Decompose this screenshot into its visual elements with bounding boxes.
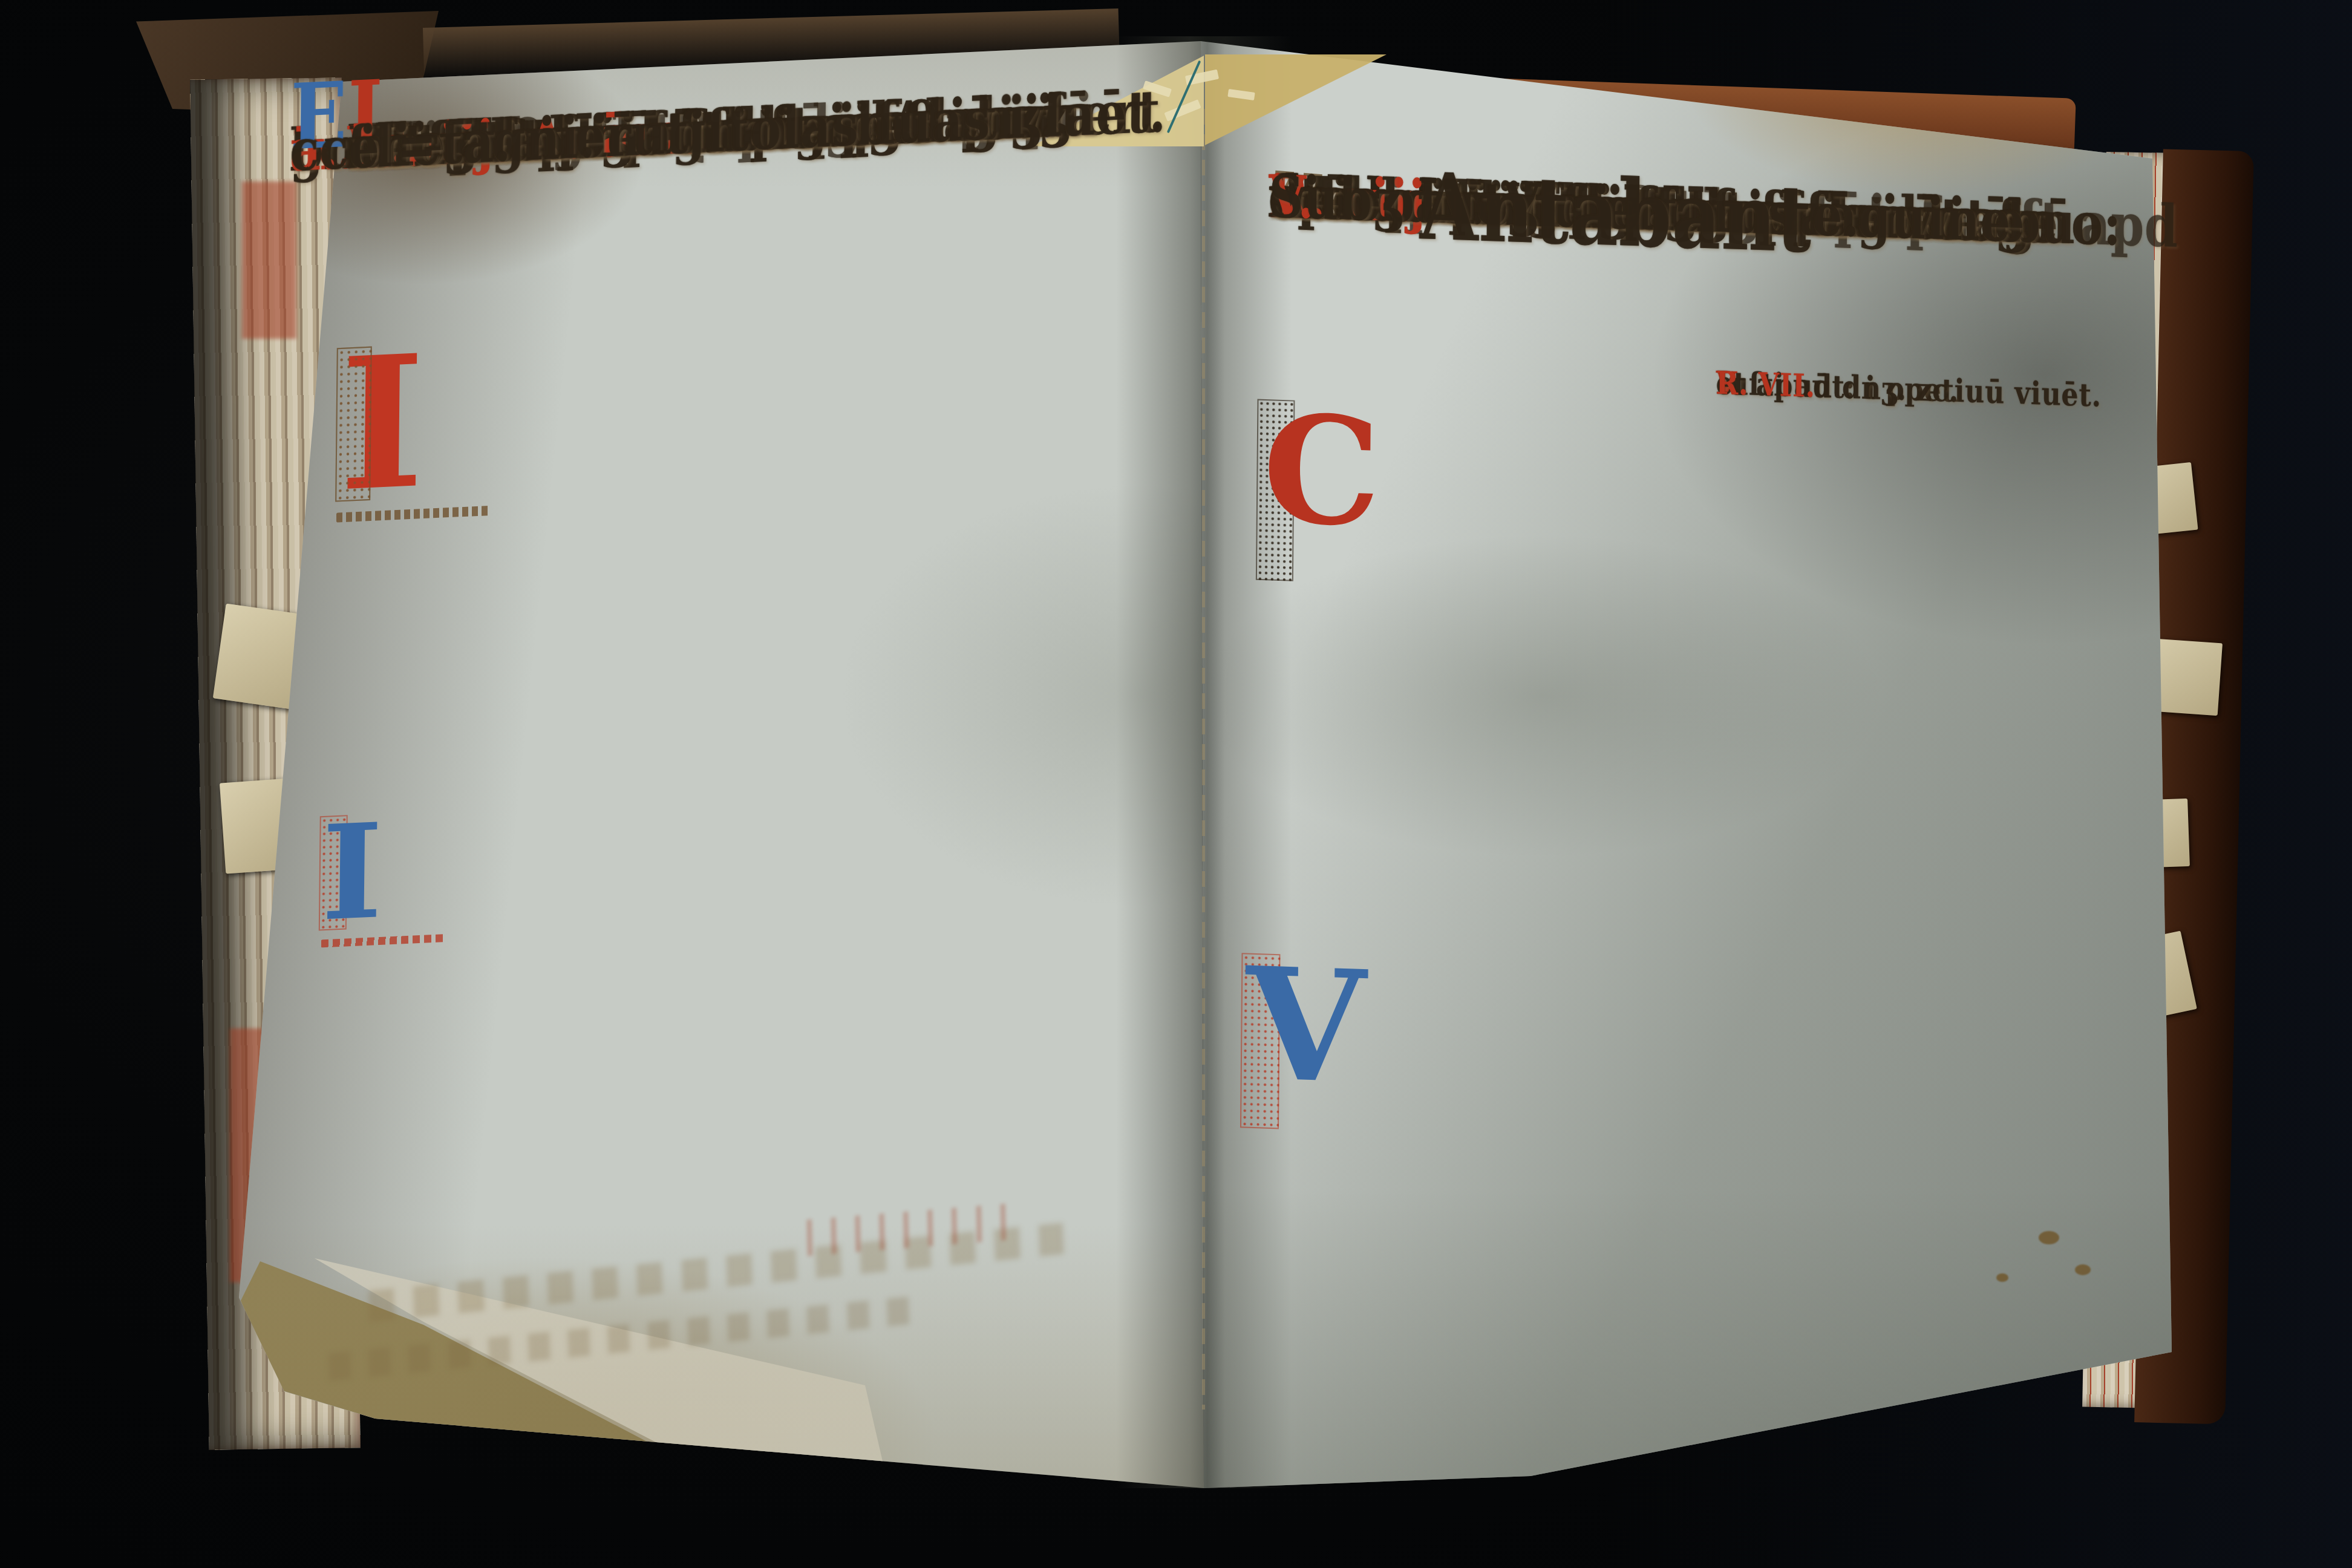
text-line: R. et apud dnʒ. zc. R. VII. bbox=[1716, 364, 1716, 403]
right-text-column: 77 C V merces ſctōʒ copioſa eſt apddei: … bbox=[1258, 156, 2164, 1457]
text-segment: R. VII. bbox=[1716, 364, 1815, 407]
manuscript-photo: I I clamāt ad te qtidie. R. Vidicadne ſa… bbox=[0, 0, 2352, 1568]
initial-letter: V bbox=[1245, 953, 1366, 1099]
initial-letter: I bbox=[321, 814, 383, 932]
text-segment: cce = bbox=[290, 103, 438, 191]
rubric-inset: V. Iuſti aūt: i ppetiuū viuēt.R. et apud… bbox=[1716, 364, 2128, 377]
text-segment: Sub bbox=[1269, 156, 1373, 240]
left-text-column: I I clamāt ad te qtidie. R. Vidicadne ſa… bbox=[335, 67, 1243, 1380]
initial-letter: C bbox=[1262, 399, 1381, 543]
red-edge-stain bbox=[242, 181, 296, 339]
penwork-panel bbox=[335, 347, 372, 502]
text-line: ſctoʒ tuoʒ q effuſus e. V. Sub bbox=[1269, 156, 1269, 237]
text-line: guine agni. ix. bndicta. ā. Ecce = bbox=[290, 110, 290, 191]
text-segment: Antabant bbox=[1420, 161, 1812, 265]
text-line: Antabant bbox=[1420, 161, 1420, 241]
